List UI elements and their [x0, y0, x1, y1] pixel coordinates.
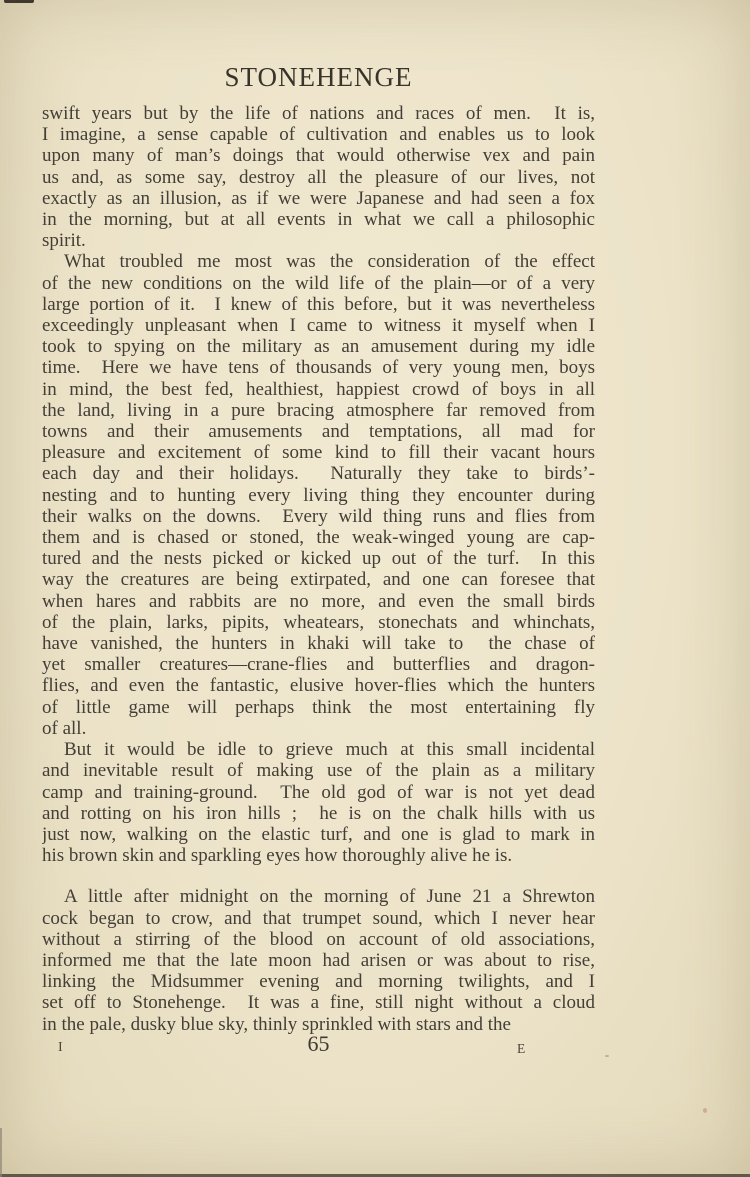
text-line: exactly as an illusion, as if we were Ja… — [42, 188, 595, 209]
text-line: linking the Midsummer evening and mornin… — [42, 971, 595, 992]
text-line: their walks on the downs. Every wild thi… — [42, 506, 595, 527]
text-line: towns and their amusements and temptatio… — [42, 421, 595, 442]
paragraph: But it would be idle to grieve much at t… — [42, 739, 595, 866]
text-line: each day and their holidays. Naturally t… — [42, 463, 595, 484]
paper-speck — [703, 1108, 707, 1113]
scan-artifact-top-edge — [4, 0, 34, 3]
text-line: of the new conditions on the wild life o… — [42, 273, 595, 294]
text-line: them and is chased or stoned, the weak-w… — [42, 527, 595, 548]
page-title: STONEHENGE — [42, 62, 595, 93]
text-line: just now, walking on the elastic turf, a… — [42, 824, 595, 845]
text-line: the land, living in a pure bracing atmos… — [42, 400, 595, 421]
text-line: informed me that the late moon had arise… — [42, 950, 595, 971]
text-line: But it would be idle to grieve much at t… — [42, 739, 595, 760]
text-line: in mind, the best fed, healthiest, happi… — [42, 379, 595, 400]
text-line: upon many of man’s doings that would oth… — [42, 145, 595, 166]
paragraph: A little after midnight on the morning o… — [42, 886, 595, 1034]
text-line: swift years but by the life of nations a… — [42, 103, 595, 124]
page-body-text: swift years but by the life of nations a… — [42, 103, 595, 1035]
book-page: STONEHENGE swift years but by the life o… — [0, 0, 750, 1177]
text-line: and inevitable result of making use of t… — [42, 760, 595, 781]
text-line: of all. — [42, 718, 595, 739]
text-line: pleasure and excitement of some kind to … — [42, 442, 595, 463]
text-line: large portion of it. I knew of this befo… — [42, 294, 595, 315]
text-line: took to spying on the military as an amu… — [42, 336, 595, 357]
text-line: of little game will perhaps think the mo… — [42, 697, 595, 718]
text-line: of the plain, larks, pipits, wheatears, … — [42, 612, 595, 633]
scan-artifact-left-edge — [0, 1128, 2, 1177]
text-line: without a stirring of the blood on accou… — [42, 929, 595, 950]
paragraph: What troubled me most was the considerat… — [42, 251, 595, 739]
text-line: exceedingly unpleasant when I came to wi… — [42, 315, 595, 336]
text-line: time. Here we have tens of thousands of … — [42, 357, 595, 378]
text-line: and rotting on his iron hills ; he is on… — [42, 803, 595, 824]
signature-mark-right: E — [517, 1041, 525, 1057]
text-line: us and, as some say, destroy all the ple… — [42, 167, 595, 188]
text-line: A little after midnight on the morning o… — [42, 886, 595, 907]
text-line: in the morning, but at all events in wha… — [42, 209, 595, 230]
text-line: What troubled me most was the considerat… — [42, 251, 595, 272]
text-line: tured and the nests picked or kicked up … — [42, 548, 595, 569]
text-line: spirit. — [42, 230, 595, 251]
text-line: camp and training-ground. The old god of… — [42, 782, 595, 803]
paragraph: swift years but by the life of nations a… — [42, 103, 595, 251]
text-line: I imagine, a sense capable of cultivatio… — [42, 124, 595, 145]
text-line: flies, and even the fantastic, elusive h… — [42, 675, 595, 696]
page-number: 65 — [42, 1031, 595, 1057]
paper-speck — [605, 1055, 609, 1057]
text-line: yet smaller creatures—crane-flies and bu… — [42, 654, 595, 675]
text-line: set off to Stonehenge. It was a fine, st… — [42, 992, 595, 1013]
text-line: his brown skin and sparkling eyes how th… — [42, 845, 595, 866]
text-line: cock began to crow, and that trumpet sou… — [42, 908, 595, 929]
text-line: when hares and rabbits are no more, and … — [42, 591, 595, 612]
text-line: have vanished, the hunters in khaki will… — [42, 633, 595, 654]
text-line: nesting and to hunting every living thin… — [42, 485, 595, 506]
text-line: way the creatures are being extirpated, … — [42, 569, 595, 590]
